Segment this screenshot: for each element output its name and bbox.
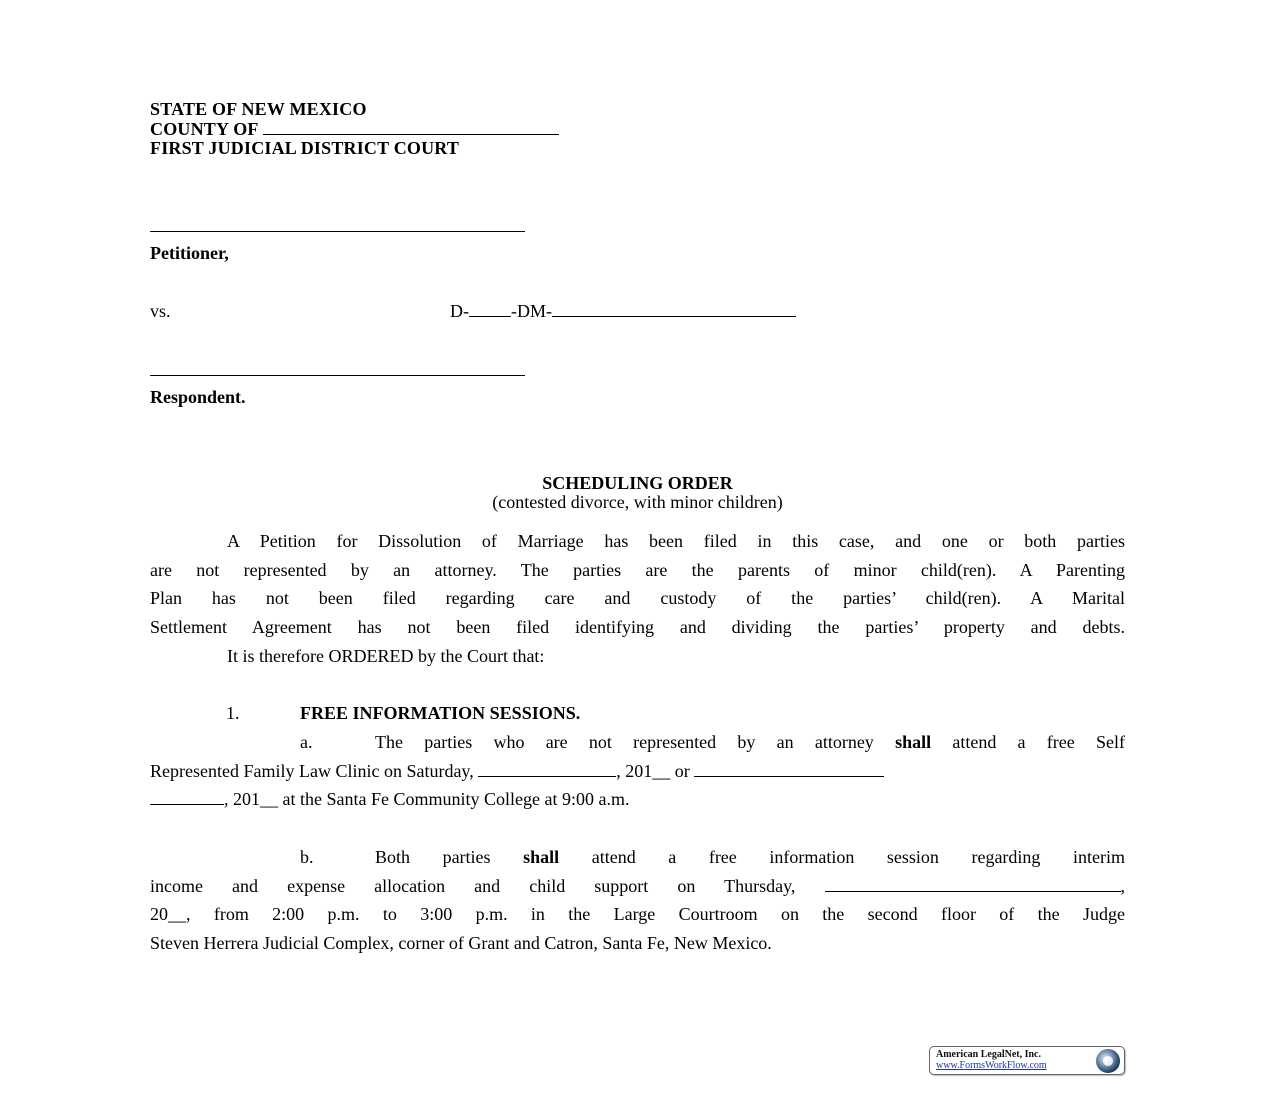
petitioner-name-blank[interactable] [150, 231, 525, 232]
case-number-blank[interactable] [552, 315, 796, 317]
respondent-label: Respondent. [150, 387, 246, 408]
court-name: FIRST JUDICIAL DISTRICT COURT [150, 139, 559, 159]
american-legalnet-logo[interactable]: American LegalNet, Inc. www.FormsWorkFlo… [929, 1046, 1125, 1075]
item-a-letter: a. [300, 728, 375, 757]
logo-company-name: American LegalNet, Inc. [936, 1049, 1041, 1060]
case-number: D--DM- [450, 301, 796, 322]
county-line: COUNTY OF [150, 120, 559, 140]
document-subtitle: (contested divorce, with minor children) [150, 492, 1125, 513]
county-blank[interactable] [263, 133, 559, 135]
section-1-heading: FREE INFORMATION SESSIONS. [300, 703, 580, 724]
vs-label: vs. [150, 301, 171, 322]
respondent-name-blank[interactable] [150, 375, 525, 376]
globe-icon [1096, 1049, 1120, 1073]
item-b-letter: b. [300, 843, 375, 872]
document-title: SCHEDULING ORDER [150, 473, 1125, 494]
alternate-date-blank[interactable] [694, 775, 884, 777]
logo-url-link[interactable]: www.FormsWorkFlow.com [936, 1060, 1047, 1071]
thursday-date-blank[interactable] [825, 890, 1121, 892]
item-a: a.The parties who are not represented by… [150, 728, 1125, 814]
alternate-date-blank-cont[interactable] [150, 803, 224, 805]
section-1-number: 1. [226, 703, 240, 724]
case-year-blank[interactable] [469, 315, 511, 317]
state-name: STATE OF NEW MEXICO [150, 100, 559, 120]
ordered-line: It is therefore ORDERED by the Court tha… [227, 646, 544, 666]
item-b: b.Both parties shall attend a free infor… [150, 843, 1125, 958]
petitioner-label: Petitioner, [150, 243, 229, 264]
intro-paragraph: A Petition for Dissolution of Marriage h… [150, 527, 1125, 671]
saturday-date-blank[interactable] [478, 775, 616, 777]
court-caption: STATE OF NEW MEXICO COUNTY OF FIRST JUDI… [150, 100, 559, 159]
